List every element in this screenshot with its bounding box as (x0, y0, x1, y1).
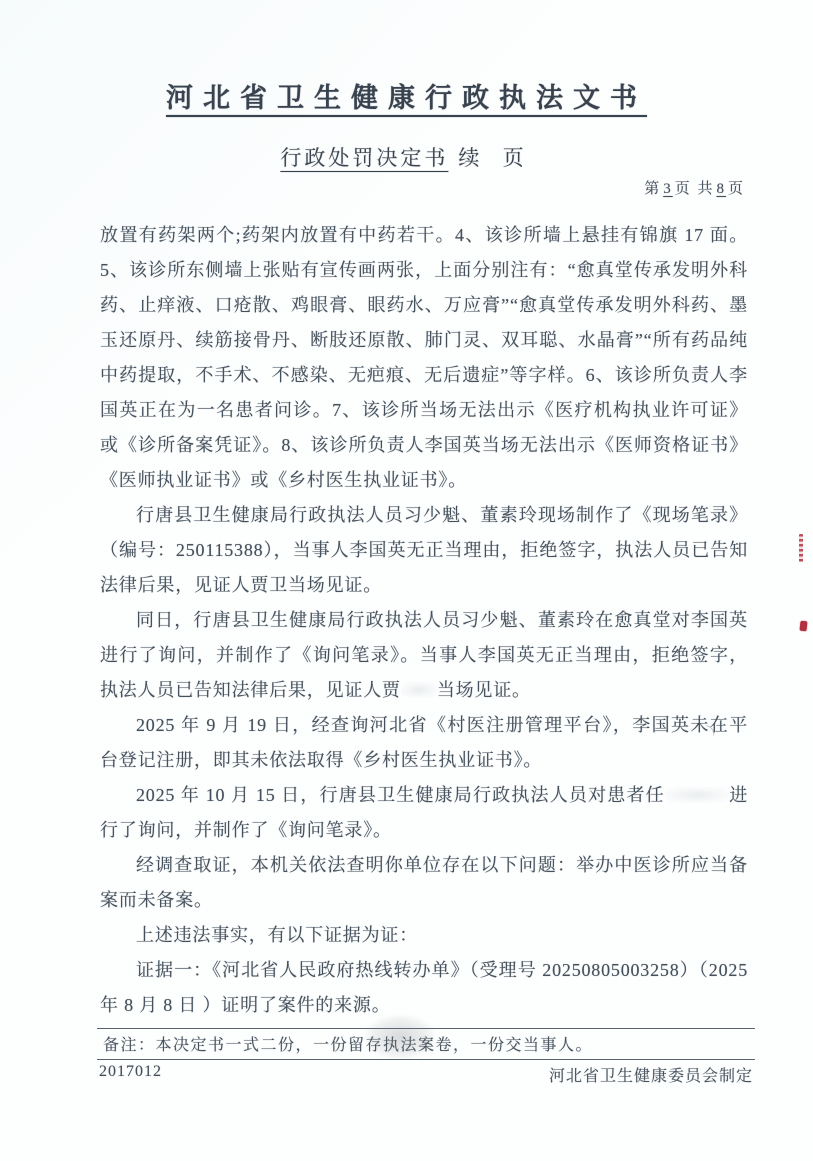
paragraph-text: 2025 年 10 月 15 日，行唐县卫生健康局行政执法人员对患者任 (136, 785, 665, 805)
body-paragraph: 2025 年 9 月 19 日，经查询河北省《村医注册管理平台》，李国英未在平台… (100, 708, 748, 778)
subtitle-main: 行政处罚决定书 (280, 146, 448, 170)
paragraph-text: 放置有药架两个;药架内放置有中药若干。4、该诊所墙上悬挂有锦旗 17 面。5、该… (100, 225, 748, 490)
form-number: 2017012 (99, 1063, 162, 1086)
subtitle-suffix: 续 页 (458, 146, 532, 170)
body-paragraph: 行唐县卫生健康局行政执法人员习少魁、董素玲现场制作了《现场笔录》（编号：2501… (100, 498, 748, 603)
page-label-prefix: 第 (644, 181, 661, 197)
red-dot-mark (799, 621, 807, 632)
redaction-blur (665, 787, 729, 803)
body-paragraph: 放置有药架两个;药架内放置有中药若干。4、该诊所墙上悬挂有锦旗 17 面。5、该… (100, 218, 748, 498)
page-current-number: 3 (661, 181, 675, 197)
paragraph-text: 经调查取证，本机关依法查明你单位存在以下问题：举办中医诊所应当备案而未备案。 (100, 855, 748, 910)
footer-bottom-row: 2017012 河北省卫生健康委员会制定 (97, 1060, 755, 1086)
footer-note: 备注：本决定书一式二份，一份留存执法案卷，一份交当事人。 (97, 1028, 755, 1060)
body-paragraph: 证据一：《河北省人民政府热线转办单》（受理号 20250805003258）（2… (100, 953, 748, 1023)
document-body: 放置有药架两个;药架内放置有中药若干。4、该诊所墙上悬挂有锦旗 17 面。5、该… (100, 218, 748, 1023)
document-subtitle: 行政处罚决定书续 页 (0, 142, 813, 172)
page-label-suffix: 页 (728, 181, 745, 197)
page-total-number: 8 (714, 181, 728, 197)
document-title: 河北省卫生健康行政执法文书 (0, 76, 813, 115)
body-paragraph: 上述违法事实，有以下证据为证： (100, 918, 748, 953)
issuer-label: 河北省卫生健康委员会制定 (549, 1063, 753, 1086)
scanned-document-page: 河北省卫生健康行政执法文书 行政处罚决定书续 页 第3页 共8页 放置有药架两个… (0, 0, 813, 1161)
body-paragraph: 同日，行唐县卫生健康局行政执法人员习少魁、董素玲在愈真堂对李国英进行了询问，并制… (100, 603, 748, 708)
body-paragraph: 经调查取证，本机关依法查明你单位存在以下问题：举办中医诊所应当备案而未备案。 (100, 848, 748, 918)
paragraph-text: 行唐县卫生健康局行政执法人员习少魁、董素玲现场制作了《现场笔录》（编号：2501… (100, 505, 748, 595)
page-indicator: 第3页 共8页 (0, 177, 813, 198)
page-label-mid: 页 共 (675, 181, 715, 197)
paragraph-text: 当场见证。 (437, 680, 531, 700)
paragraph-text: 2025 年 9 月 19 日，经查询河北省《村医注册管理平台》，李国英未在平台… (100, 715, 748, 770)
document-footer: 备注：本决定书一式二份，一份留存执法案卷，一份交当事人。 2017012 河北省… (97, 1028, 755, 1086)
red-edge-mark (799, 534, 803, 562)
body-paragraph: 2025 年 10 月 15 日，行唐县卫生健康局行政执法人员对患者任进行了询问… (100, 778, 748, 848)
redaction-blur (401, 682, 437, 698)
paragraph-text: 上述违法事实，有以下证据为证： (136, 925, 418, 945)
paragraph-text: 证据一：《河北省人民政府热线转办单》（受理号 20250805003258）（2… (100, 960, 748, 1015)
